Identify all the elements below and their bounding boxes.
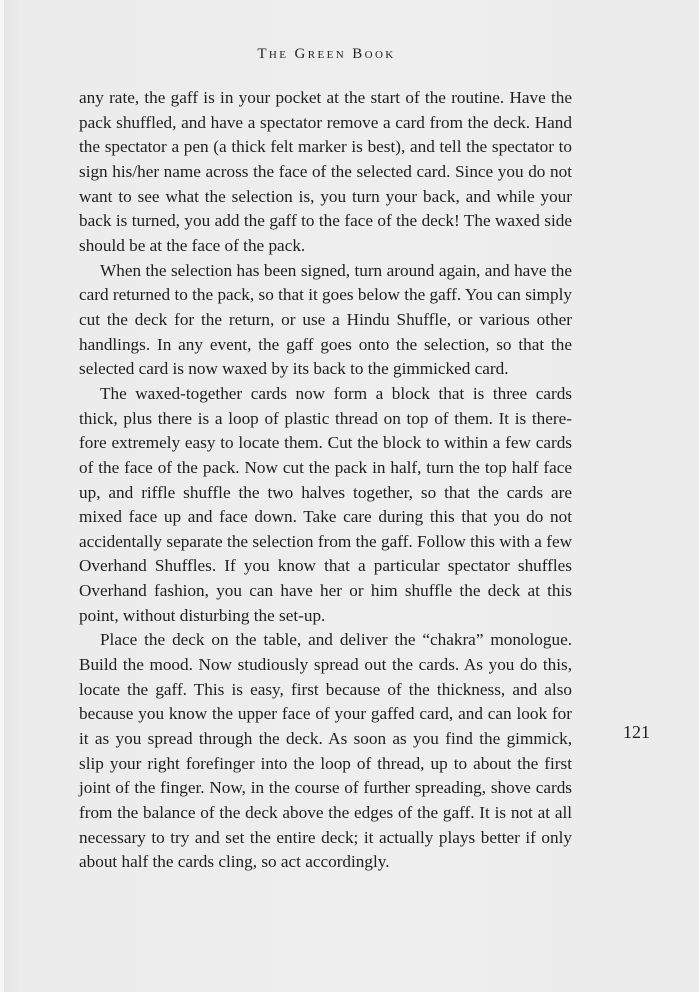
paragraph: When the selection has been signed, turn… <box>79 259 572 382</box>
book-page: The Green Book any rate, the gaff is in … <box>0 0 699 992</box>
paragraph: any rate, the gaff is in your pocket at … <box>79 86 572 259</box>
body-text: any rate, the gaff is in your pocket at … <box>79 86 572 875</box>
running-head-title: The Green Book <box>0 46 653 63</box>
paragraph: Place the deck on the table, and deliver… <box>79 628 572 875</box>
paragraph: The waxed-together cards now form a bloc… <box>79 382 572 629</box>
page-edge <box>0 0 4 992</box>
page-number: 121 <box>623 722 650 743</box>
